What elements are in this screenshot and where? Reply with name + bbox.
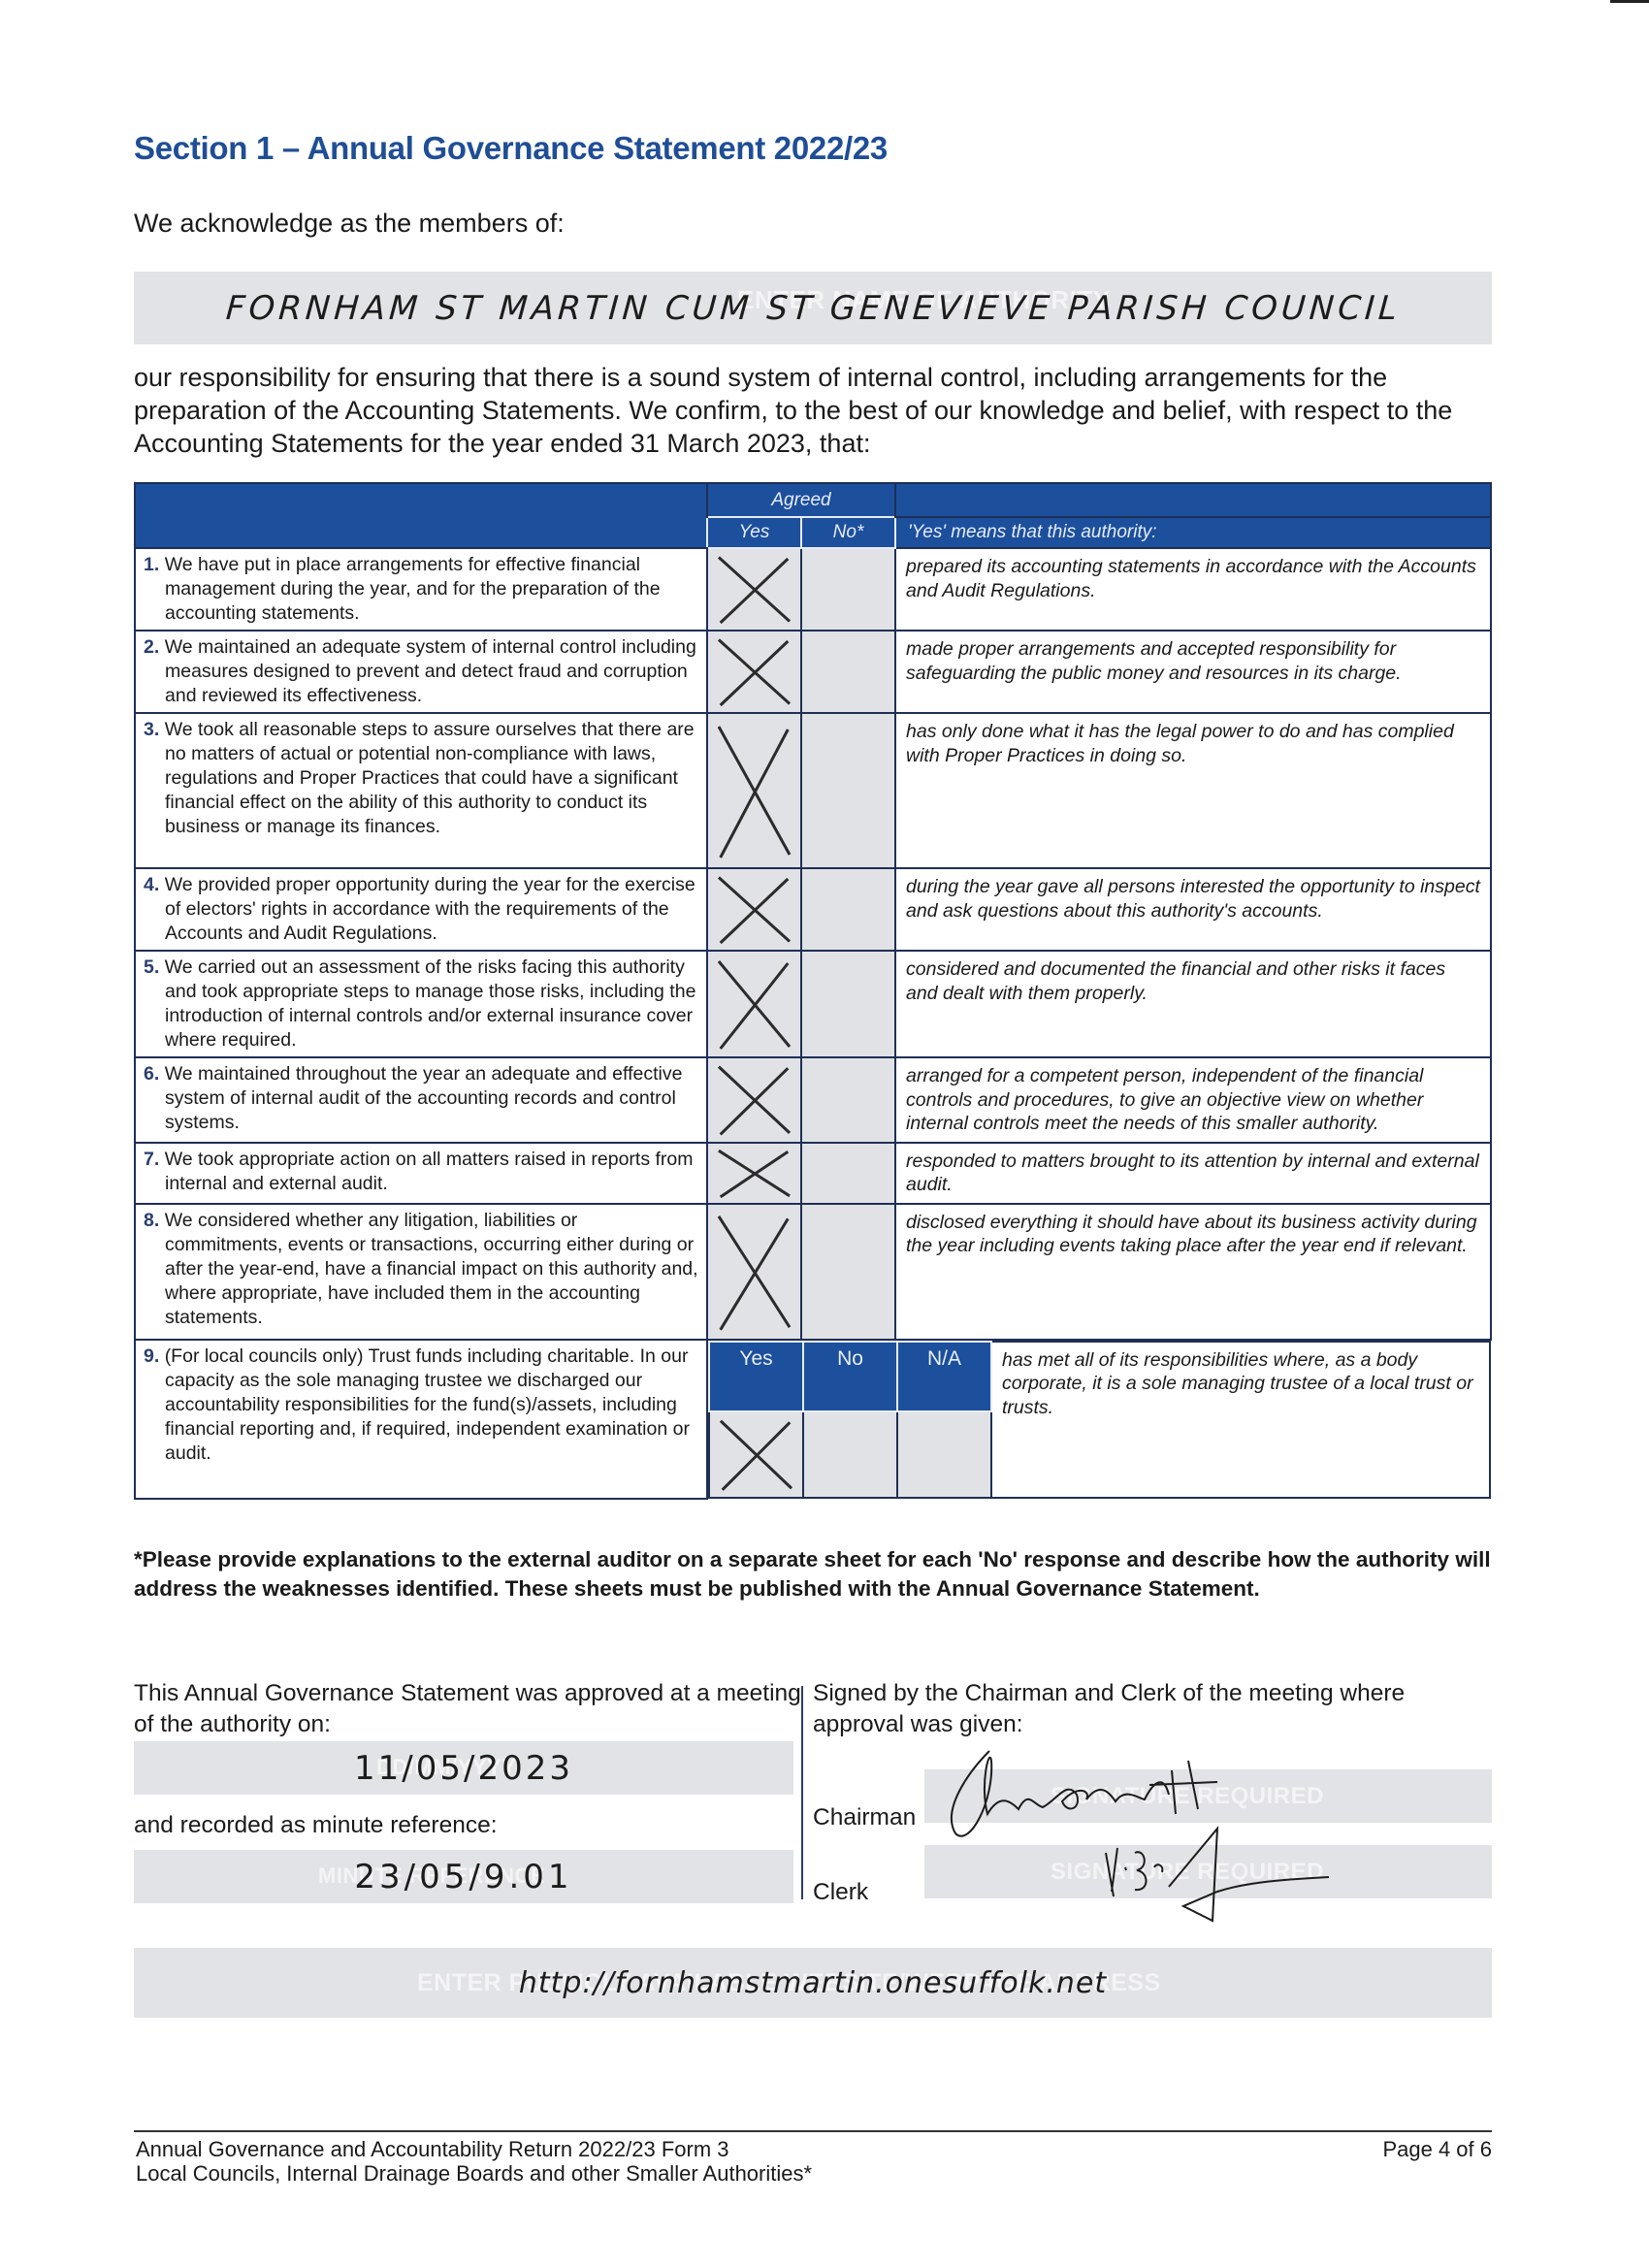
cross-mark-icon — [712, 1209, 796, 1335]
approval-date-field[interactable]: DD/MM/YYYY 11/05/2023 — [134, 1741, 793, 1795]
cross-mark-icon — [712, 873, 796, 946]
no-checkbox[interactable] — [801, 548, 895, 631]
row9-yes-checkbox[interactable] — [709, 1411, 803, 1498]
statement-number: 8. — [144, 1210, 159, 1231]
footer-form-info: Annual Governance and Accountability Ret… — [136, 2137, 812, 2186]
row9-no-checkbox[interactable] — [803, 1411, 897, 1498]
cross-mark-icon — [712, 1148, 796, 1199]
cross-mark-icon — [714, 1416, 798, 1493]
yes-means-text: has only done what it has the legal powe… — [895, 713, 1491, 868]
cross-mark-icon — [712, 553, 796, 626]
row9-options: YesNoN/Ahas met all of its responsibilit… — [707, 1340, 1491, 1499]
no-checkbox[interactable] — [801, 713, 895, 868]
statement-cell: 3. We took all reasonable steps to assur… — [135, 713, 707, 868]
no-checkbox[interactable] — [801, 1204, 895, 1340]
statement-row: 2. We maintained an adequate system of i… — [135, 631, 1491, 713]
approval-text: This Annual Governance Statement was app… — [134, 1678, 813, 1740]
yes-checkbox[interactable] — [707, 631, 801, 713]
statement-text: We carried out an assessment of the risk… — [165, 956, 696, 1051]
yes-checkbox[interactable] — [707, 1204, 801, 1340]
chairman-label: Chairman — [813, 1804, 916, 1831]
page-title: Section 1 – Annual Governance Statement … — [134, 130, 888, 167]
yes-checkbox[interactable] — [707, 1057, 801, 1143]
intro-text: We acknowledge as the members of: — [134, 209, 565, 239]
yes-means-header: 'Yes' means that this authority: — [895, 517, 1491, 548]
agreed-header: Agreed — [707, 483, 895, 517]
statement-row: 7. We took appropriate action on all mat… — [135, 1143, 1491, 1204]
website-field[interactable]: ENTER PUBLICLY AVAILABLE WEBSITE/WEBPAGE… — [134, 1948, 1492, 2018]
scan-edge-mark — [1610, 0, 1649, 3]
statement-cell: 6. We maintained throughout the year an … — [135, 1057, 707, 1143]
row9-no-header: No — [803, 1342, 897, 1411]
cross-mark-icon — [712, 718, 796, 863]
statement-row: 3. We took all reasonable steps to assur… — [135, 713, 1491, 868]
row9-na-header: N/A — [897, 1342, 991, 1411]
minute-label: and recorded as minute reference: — [134, 1812, 498, 1839]
statement-row: 5. We carried out an assessment of the r… — [135, 951, 1491, 1057]
footer-line-2: Local Councils, Internal Drainage Boards… — [136, 2161, 812, 2186]
yes-means-text: prepared its accounting statements in ac… — [895, 548, 1491, 631]
footer-divider — [134, 2130, 1492, 2132]
yes-checkbox[interactable] — [707, 951, 801, 1057]
statement-cell: 8. We considered whether any litigation,… — [135, 1204, 707, 1340]
yes-means-text: disclosed everything it should have abou… — [895, 1204, 1491, 1340]
yes-means-text: during the year gave all persons interes… — [895, 868, 1491, 951]
statement-cell: 9. (For local councils only) Trust funds… — [135, 1340, 707, 1499]
clerk-signature-icon — [1096, 1824, 1348, 1930]
governance-table: Agreed Yes No* 'Yes' means that this aut… — [134, 482, 1492, 1500]
statement-number: 5. — [144, 956, 159, 978]
yes-means-text: arranged for a competent person, indepen… — [895, 1057, 1491, 1143]
statement-text: We took all reasonable steps to assure o… — [165, 719, 695, 837]
no-checkbox[interactable] — [801, 631, 895, 713]
statement-row: 6. We maintained throughout the year an … — [135, 1057, 1491, 1143]
statement-cell: 7. We took appropriate action on all mat… — [135, 1143, 707, 1204]
statement-number: 1. — [144, 554, 159, 575]
minute-reference-field[interactable]: MINUTE REFERENCE 23/05/9.01 — [134, 1850, 793, 1903]
authority-name-value: FORNHAM ST MARTIN CUM ST GENEVIEVE PARIS… — [224, 289, 1402, 328]
no-header: No* — [801, 517, 895, 548]
statement-cell: 5. We carried out an assessment of the r… — [135, 951, 707, 1057]
footer-line-1: Annual Governance and Accountability Ret… — [136, 2137, 812, 2161]
footnote: *Please provide explanations to the exte… — [134, 1545, 1492, 1604]
header-blank — [135, 483, 707, 548]
page-number: Page 4 of 6 — [1382, 2137, 1492, 2162]
statement-row: 4. We provided proper opportunity during… — [135, 868, 1491, 951]
statement-number: 4. — [144, 874, 159, 895]
statement-text: We have put in place arrangements for ef… — [165, 554, 661, 624]
row9-na-checkbox[interactable] — [897, 1411, 991, 1498]
statement-number: 6. — [144, 1063, 159, 1085]
statement-text: We maintained an adequate system of inte… — [165, 636, 696, 706]
no-checkbox[interactable] — [801, 868, 895, 951]
minute-value: 23/05/9.01 — [354, 1858, 572, 1896]
statement-row-9: 9. (For local councils only) Trust funds… — [135, 1340, 1491, 1499]
statement-row: 8. We considered whether any litigation,… — [135, 1204, 1491, 1340]
statement-text: (For local councils only) Trust funds in… — [165, 1345, 690, 1464]
statement-number: 2. — [144, 636, 159, 658]
statement-cell: 4. We provided proper opportunity during… — [135, 868, 707, 951]
yes-checkbox[interactable] — [707, 868, 801, 951]
responsibility-paragraph: our responsibility for ensuring that the… — [134, 361, 1492, 460]
statement-number: 9. — [144, 1345, 159, 1367]
statement-number: 3. — [144, 719, 159, 740]
yes-means-text: considered and documented the financial … — [895, 951, 1491, 1057]
statement-cell: 1. We have put in place arrangements for… — [135, 548, 707, 631]
yes-checkbox[interactable] — [707, 713, 801, 868]
date-value: 11/05/2023 — [354, 1749, 573, 1788]
column-divider — [801, 1686, 803, 1899]
header-blank-right — [895, 483, 1491, 517]
statement-cell: 2. We maintained an adequate system of i… — [135, 631, 707, 713]
yes-means-text: responded to matters brought to its atte… — [895, 1143, 1491, 1204]
clerk-label: Clerk — [813, 1879, 868, 1906]
statement-row: 1. We have put in place arrangements for… — [135, 548, 1491, 631]
yes-checkbox[interactable] — [707, 548, 801, 631]
no-checkbox[interactable] — [801, 1143, 895, 1204]
cross-mark-icon — [712, 1062, 796, 1138]
statement-text: We maintained throughout the year an ade… — [165, 1063, 683, 1133]
cross-mark-icon — [712, 956, 796, 1053]
signed-text: Signed by the Chairman and Clerk of the … — [813, 1678, 1492, 1740]
yes-means-text: made proper arrangements and accepted re… — [895, 631, 1491, 713]
statement-text: We considered whether any litigation, li… — [165, 1210, 698, 1328]
yes-means-text: has met all of its responsibilities wher… — [991, 1342, 1490, 1498]
statement-number: 7. — [144, 1149, 159, 1170]
yes-checkbox[interactable] — [707, 1143, 801, 1204]
authority-name-field[interactable]: ENTER NAME OF AUTHORITY FORNHAM ST MARTI… — [134, 272, 1492, 344]
row9-yes-header: Yes — [709, 1342, 803, 1411]
statement-text: We took appropriate action on all matter… — [165, 1149, 694, 1194]
statement-text: We provided proper opportunity during th… — [165, 874, 695, 944]
website-value: http://fornhamstmartin.onesuffolk.net — [519, 1966, 1107, 2000]
yes-header: Yes — [707, 517, 801, 548]
no-checkbox[interactable] — [801, 951, 895, 1057]
no-checkbox[interactable] — [801, 1057, 895, 1143]
cross-mark-icon — [712, 635, 796, 708]
